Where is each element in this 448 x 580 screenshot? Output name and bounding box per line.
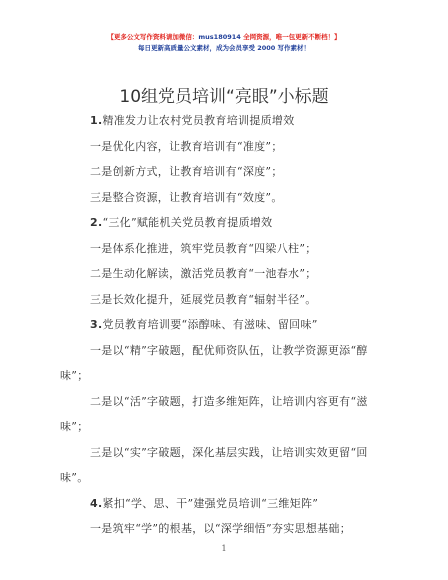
- document-body: 1.精准发力让农村党员教育培训提质增效 一是优化内容，让教育培训有“准度”； 二…: [60, 108, 382, 542]
- page-number: 1: [0, 544, 448, 553]
- paragraph: 二是以“活”字破题，打造多维矩阵，让培训内容更有“滋味”；: [60, 389, 382, 440]
- document-title: 10组党员培训“亮眼”小标题: [0, 82, 448, 107]
- paragraph: 一是以“精”字破题，配优师资队伍，让教学资源更添“醇味”；: [60, 338, 382, 389]
- promo-line-2: 每日更新高质量公文素材，成为会员享受 2000 写作素材！: [0, 43, 448, 53]
- section-number: 2.: [90, 216, 102, 229]
- section-heading-text: 紧扣“学、思、干”建强党员培训“三维矩阵”: [102, 497, 318, 510]
- section-heading: 3.党员教育培训要“添醇味、有滋味、留回味”: [60, 312, 382, 338]
- paragraph: 二是生动化解读，激活党员教育“一池春水”；: [60, 261, 382, 287]
- paragraph: 三是以“实”字破题，深化基层实践，让培训实效更留“回味”。: [60, 440, 382, 491]
- paragraph: 一是筑牢“学”的根基，以“深学细悟”夯实思想基础；: [60, 516, 382, 542]
- paragraph: 三是整合资源，让教育培训有“效度”。: [60, 185, 382, 211]
- section-heading: 2.“三化”赋能机关党员教育提质增效: [60, 210, 382, 236]
- section-heading: 4.紧扣“学、思、干”建强党员培训“三维矩阵”: [60, 491, 382, 517]
- section-heading-text: “三化”赋能机关党员教育提质增效: [102, 216, 272, 229]
- promo-text-a: 【更多公文写作资料请加微信：: [107, 33, 198, 41]
- paragraph: 三是长效化提升，延展党员教育“辐射半径”。: [60, 287, 382, 313]
- promo-text-b: 全网资源，唯一包更新不断档！】: [241, 33, 341, 41]
- section-number: 1.: [90, 114, 102, 127]
- paragraph: 一是体系化推进，筑牢党员教育“四梁八柱”；: [60, 236, 382, 262]
- paragraph: 一是优化内容，让教育培训有“准度”；: [60, 134, 382, 160]
- promo-banner: 【更多公文写作资料请加微信：mus180914 全网资源，唯一包更新不断档！】 …: [0, 32, 448, 53]
- promo-wechat-id: mus180914: [198, 33, 240, 41]
- promo-line-1: 【更多公文写作资料请加微信：mus180914 全网资源，唯一包更新不断档！】: [0, 32, 448, 42]
- section-heading-text: 精准发力让农村党员教育培训提质增效: [102, 114, 294, 127]
- section-number: 3.: [90, 318, 102, 331]
- section-heading-text: 党员教育培训要“添醇味、有滋味、留回味”: [102, 318, 317, 331]
- document-page: 【更多公文写作资料请加微信：mus180914 全网资源，唯一包更新不断档！】 …: [0, 0, 448, 580]
- paragraph: 二是创新方式，让教育培训有“深度”；: [60, 159, 382, 185]
- section-heading: 1.精准发力让农村党员教育培训提质增效: [60, 108, 382, 134]
- section-number: 4.: [90, 497, 102, 510]
